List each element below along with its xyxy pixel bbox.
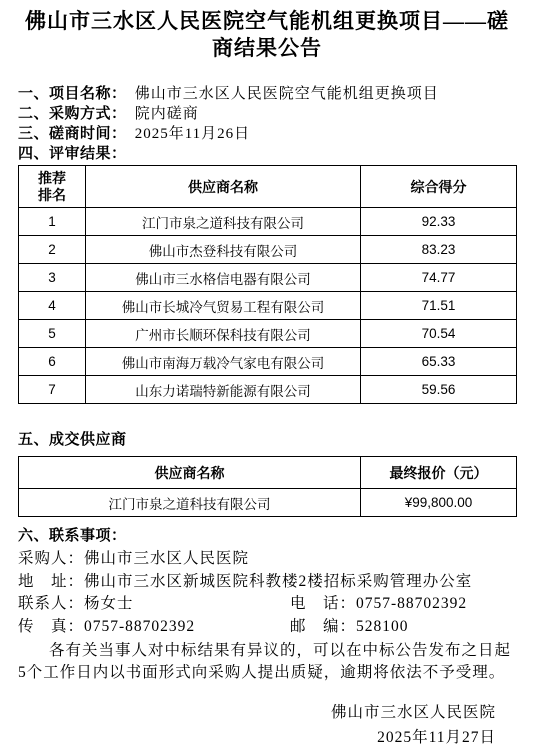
review-header-score: 综合得分 xyxy=(361,166,517,208)
award-table-header-row: 供应商名称 最终报价（元） xyxy=(19,457,517,489)
meta-procurement-method: 二、采购方式： 院内磋商 xyxy=(18,104,516,124)
meta-review-label: 四、评审结果： xyxy=(18,145,127,162)
score-cell: 70.54 xyxy=(361,320,517,348)
review-results-table: 推荐 排名 供应商名称 综合得分 1 江门市泉之道科技有限公司 92.33 2 … xyxy=(18,165,517,404)
supplier-cell: 佛山市三水格信电器有限公司 xyxy=(86,264,361,292)
rank-cell: 4 xyxy=(19,292,86,320)
objection-notice: 各有关当事人对中标结果有异议的，可以在中标公告发布之日起5个工作日内以书面形式向… xyxy=(18,640,516,684)
buyer-label: 采购人： xyxy=(18,548,84,571)
score-cell: 83.23 xyxy=(361,236,517,264)
review-header-rank: 推荐 排名 xyxy=(19,166,86,208)
table-row: 6 佛山市南海万载冷气家电有限公司 65.33 xyxy=(19,348,517,376)
phone-value: 0757-88702392 xyxy=(356,595,467,612)
score-cell: 59.56 xyxy=(361,376,517,404)
contact-phone: 电 话：0757-88702392 xyxy=(290,593,467,616)
contact-zip: 邮 编：528100 xyxy=(290,616,409,639)
signature-date: 2025年11月27日 xyxy=(18,725,496,745)
table-row: 4 佛山市长城冷气贸易工程有限公司 71.51 xyxy=(19,292,517,320)
award-section-heading: 五、成交供应商 xyxy=(18,428,516,449)
supplier-cell: 江门市泉之道科技有限公司 xyxy=(86,208,361,236)
award-header-supplier: 供应商名称 xyxy=(19,457,361,489)
contact-address-line: 地 址： 佛山市三水区新城医院科教楼2楼招标采购管理办公室 xyxy=(18,571,516,594)
review-table-header-row: 推荐 排名 供应商名称 综合得分 xyxy=(19,166,517,208)
supplier-cell: 佛山市长城冷气贸易工程有限公司 xyxy=(86,292,361,320)
award-price-cell: ¥99,800.00 xyxy=(361,489,517,517)
score-cell: 71.51 xyxy=(361,292,517,320)
award-table: 供应商名称 最终报价（元） 江门市泉之道科技有限公司 ¥99,800.00 xyxy=(18,456,517,517)
signature-org: 佛山市三水区人民医院 xyxy=(18,700,496,725)
page-title-line2: 商结果公告 xyxy=(212,36,322,60)
page-title-line1: 佛山市三水区人民医院空气能机组更换项目——磋 xyxy=(25,9,509,33)
meta-time-value: 2025年11月26日 xyxy=(135,126,250,142)
meta-project-name: 一、项目名称： 佛山市三水区人民医院空气能机组更换项目 xyxy=(18,84,516,104)
meta-review-results-heading: 四、评审结果： xyxy=(18,144,516,164)
rank-cell: 1 xyxy=(19,208,86,236)
table-row: 7 山东力诺瑞特新能源有限公司 59.56 xyxy=(19,376,517,404)
contact-person-phone-line: 联系人：杨女士 电 话：0757-88702392 xyxy=(18,593,516,616)
rank-cell: 2 xyxy=(19,236,86,264)
meta-section: 一、项目名称： 佛山市三水区人民医院空气能机组更换项目 二、采购方式： 院内磋商… xyxy=(18,84,516,164)
table-row: 1 江门市泉之道科技有限公司 92.33 xyxy=(19,208,517,236)
buyer-value: 佛山市三水区人民医院 xyxy=(84,548,249,571)
score-cell: 92.33 xyxy=(361,208,517,236)
address-label: 地 址： xyxy=(18,571,84,594)
signature-block: 佛山市三水区人民医院 2025年11月27日 xyxy=(18,700,516,745)
rank-cell: 6 xyxy=(19,348,86,376)
table-row: 江门市泉之道科技有限公司 ¥99,800.00 xyxy=(19,489,517,517)
table-row: 2 佛山市杰登科技有限公司 83.23 xyxy=(19,236,517,264)
contact-buyer-line: 采购人： 佛山市三水区人民医院 xyxy=(18,548,516,571)
score-cell: 74.77 xyxy=(361,264,517,292)
phone-label: 电 话： xyxy=(290,595,356,612)
zip-label: 邮 编： xyxy=(290,618,356,635)
contact-section-heading: 六、联系事项： xyxy=(18,524,516,545)
supplier-cell: 山东力诺瑞特新能源有限公司 xyxy=(86,376,361,404)
contact-section: 采购人： 佛山市三水区人民医院 地 址： 佛山市三水区新城医院科教楼2楼招标采购… xyxy=(18,548,516,638)
meta-time-label: 三、磋商时间： xyxy=(18,125,127,142)
person-value: 杨女士 xyxy=(84,595,134,612)
announcement-page: 佛山市三水区人民医院空气能机组更换项目——磋 商结果公告 一、项目名称： 佛山市… xyxy=(0,0,535,745)
supplier-cell: 佛山市杰登科技有限公司 xyxy=(86,236,361,264)
rank-cell: 3 xyxy=(19,264,86,292)
contact-person: 联系人：杨女士 xyxy=(18,593,290,616)
rank-cell: 5 xyxy=(19,320,86,348)
review-header-supplier: 供应商名称 xyxy=(86,166,361,208)
supplier-cell: 广州市长顺环保科技有限公司 xyxy=(86,320,361,348)
contact-fax-zip-line: 传 真：0757-88702392 邮 编：528100 xyxy=(18,616,516,639)
meta-project-value: 佛山市三水区人民医院空气能机组更换项目 xyxy=(135,86,439,102)
award-header-price: 最终报价（元） xyxy=(361,457,517,489)
meta-method-value: 院内磋商 xyxy=(135,106,199,122)
address-value: 佛山市三水区新城医院科教楼2楼招标采购管理办公室 xyxy=(84,571,472,594)
person-label: 联系人： xyxy=(18,595,84,612)
fax-label: 传 真： xyxy=(18,618,84,635)
meta-method-label: 二、采购方式： xyxy=(18,105,127,122)
meta-negotiation-time: 三、磋商时间： 2025年11月26日 xyxy=(18,124,516,144)
award-supplier-cell: 江门市泉之道科技有限公司 xyxy=(19,489,361,517)
table-row: 3 佛山市三水格信电器有限公司 74.77 xyxy=(19,264,517,292)
supplier-cell: 佛山市南海万载冷气家电有限公司 xyxy=(86,348,361,376)
score-cell: 65.33 xyxy=(361,348,517,376)
page-title: 佛山市三水区人民医院空气能机组更换项目——磋 商结果公告 xyxy=(18,8,516,62)
contact-fax: 传 真：0757-88702392 xyxy=(18,616,290,639)
table-row: 5 广州市长顺环保科技有限公司 70.54 xyxy=(19,320,517,348)
zip-value: 528100 xyxy=(356,618,409,635)
rank-cell: 7 xyxy=(19,376,86,404)
meta-project-label: 一、项目名称： xyxy=(18,85,127,102)
fax-value: 0757-88702392 xyxy=(84,618,195,635)
